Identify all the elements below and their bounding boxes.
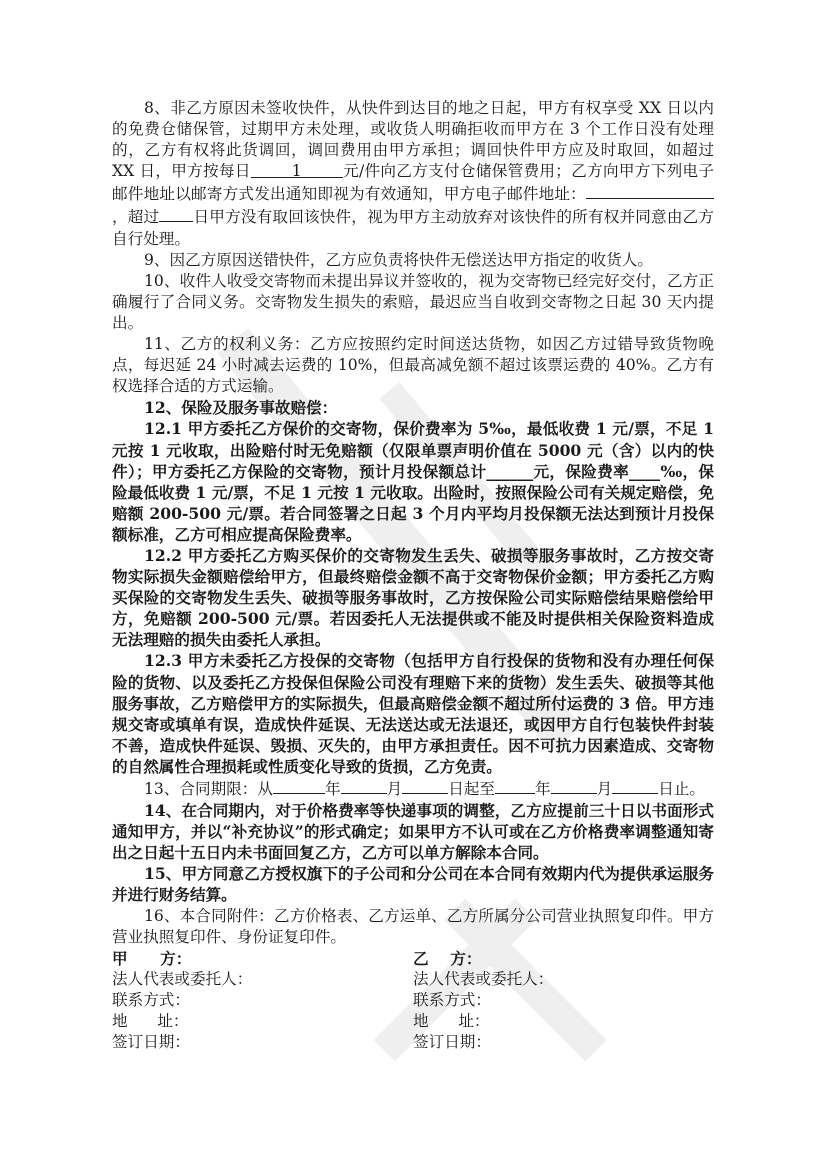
party-b-signature: 乙 方： 法人代表或委托人： 联系方式： 地 址： 签订日期： [413, 948, 714, 1053]
clause-12-1: 12.1 甲方委托乙方保价的交寄物，保价费率为 5‰，最低收费 1 元/票，不足… [112, 418, 714, 545]
clause-13: 13、合同期限：从年月日起至年月日止。 [112, 777, 714, 800]
clause-8-text: ，超过 [112, 208, 159, 226]
days-field[interactable] [159, 205, 193, 222]
storage-fee-field[interactable]: 1 [251, 161, 343, 178]
party-b-contact: 联系方式： [413, 990, 714, 1011]
month-label: 月 [387, 780, 403, 798]
year-label: 年 [325, 780, 341, 798]
clause-11: 11、乙方的权利义务：乙方应按照约定时间送达货物，如因乙方过错导致货物晚点，每迟… [112, 334, 714, 397]
month-label: 月 [597, 780, 613, 798]
day-label: 日起至 [448, 780, 495, 798]
clause-15: 15、甲方同意乙方授权旗下的子公司和分公司在本合同有效期内代为提供承运服务并进行… [112, 863, 714, 905]
start-year-field[interactable] [273, 777, 325, 794]
party-a-contact: 联系方式： [112, 990, 413, 1011]
start-month-field[interactable] [341, 777, 387, 794]
day-label: 日止。 [658, 780, 705, 798]
clause-12-3: 12.3 甲方未委托乙方投保的交寄物（包括甲方自行投保的货物和没有办理任何保险的… [112, 650, 714, 777]
clause-12-title: 12、保险及服务事故赔偿： [112, 397, 714, 418]
clause-16: 16、本合同附件：乙方价格表、乙方运单、乙方所属分公司营业执照复印件。甲方营业执… [112, 906, 714, 948]
clause-8-text: 日甲方没有取回该快件，视为甲方主动放弃对该快件的所有权并同意由乙方自行处理。 [112, 208, 714, 247]
party-a-signature: 甲 方： 法人代表或委托人： 联系方式： 地 址： 签订日期： [112, 948, 413, 1053]
party-a-representative: 法人代表或委托人： [112, 969, 413, 990]
clause-14: 14、在合同期内，对于价格费率等快递事项的调整，乙方应提前三十日以书面形式通知甲… [112, 800, 714, 863]
term-label: 13、合同期限：从 [144, 780, 273, 798]
party-b-representative: 法人代表或委托人： [413, 969, 714, 990]
document-page: 8、非乙方原因未签收快件，从快件到达目的地之日起，甲方有权享受 XX 日以内的免… [0, 0, 830, 1174]
end-year-field[interactable] [495, 777, 535, 794]
start-day-field[interactable] [402, 777, 448, 794]
clause-9: 9、因乙方原因送错快件，乙方应负责将快件无偿送达甲方指定的收货人。 [112, 250, 714, 271]
party-a-date: 签订日期： [112, 1032, 413, 1053]
party-b-title: 乙 方： [413, 948, 714, 969]
clause-10: 10、收件人收受交寄物而未提出异议并签收的，视为交寄物已经完好交付，乙方正确履行… [112, 271, 714, 334]
end-day-field[interactable] [612, 777, 658, 794]
party-a-title: 甲 方： [112, 948, 413, 969]
clause-8: 8、非乙方原因未签收快件，从快件到达目的地之日起，甲方有权享受 XX 日以内的免… [112, 98, 714, 250]
email-field[interactable] [586, 182, 714, 199]
clause-12-2: 12.2 甲方委托乙方购买保价的交寄物发生丢失、破损等服务事故时，乙方按交寄物实… [112, 545, 714, 650]
signature-block: 甲 方： 法人代表或委托人： 联系方式： 地 址： 签订日期： 乙 方： 法人代… [112, 948, 714, 1053]
party-b-date: 签订日期： [413, 1032, 714, 1053]
contract-body: 8、非乙方原因未签收快件，从快件到达目的地之日起，甲方有权享受 XX 日以内的免… [112, 98, 714, 1053]
end-month-field[interactable] [551, 777, 597, 794]
year-label: 年 [535, 780, 551, 798]
party-a-address: 地 址： [112, 1011, 413, 1032]
party-b-address: 地 址： [413, 1011, 714, 1032]
